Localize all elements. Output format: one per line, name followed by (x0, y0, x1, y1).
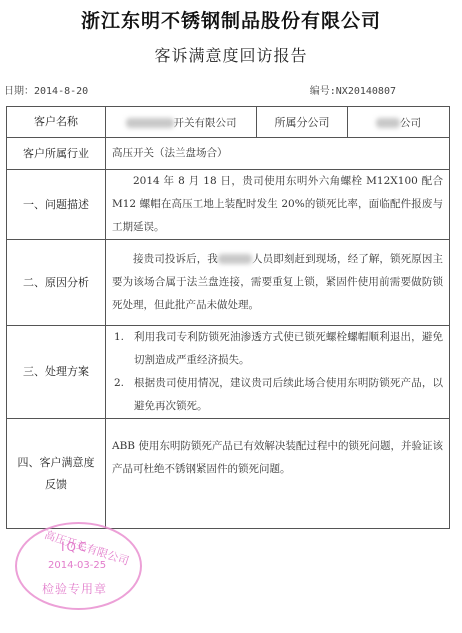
customer-row: 客户名称 开关有限公司 所属分公司 公司 (7, 107, 450, 138)
solution-row: 三、处理方案 1.利用我司专利防锁死油渗透方式使已锁死螺栓螺帽顺利退出，避免切割… (7, 326, 450, 419)
customer-name-value: 开关有限公司 (174, 117, 237, 129)
redacted-text (376, 118, 400, 128)
report-title: 客诉满意度回访报告 (0, 43, 462, 66)
problem-label: 一、问题描述 (7, 170, 106, 240)
solution-list: 1.利用我司专利防锁死油渗透方式使已锁死螺栓螺帽顺利退出，避免切割造成严重经济损… (112, 326, 443, 418)
industry-row: 客户所属行业 高压开关（法兰盘场合） (7, 138, 450, 170)
stamp-purpose: 检验专用章 (42, 580, 107, 597)
stamp-date: 2014-03-25 (48, 560, 106, 571)
solution-number: 2. (114, 372, 124, 395)
solution-number: 1. (114, 326, 124, 349)
company-name: 浙江东明不锈钢制品股份有限公司 (0, 6, 462, 33)
solution-item: 2.根据贵司使用情况，建议贵司后续此场合使用东明防锁死产品，以避免再次锁死。 (112, 372, 443, 418)
solution-label: 三、处理方案 (7, 326, 106, 419)
feedback-label: 四、客户满意度反馈 (7, 419, 106, 529)
industry-value: 高压开关（法兰盘场合） (106, 138, 450, 170)
industry-label: 客户所属行业 (7, 138, 106, 170)
stamp-code: IQC (61, 540, 88, 554)
solution-cell: 1.利用我司专利防锁死油渗透方式使已锁死螺栓螺帽顺利退出，避免切割造成严重经济损… (106, 326, 450, 419)
branch-value: 公司 (400, 117, 421, 129)
cause-label: 二、原因分析 (7, 240, 106, 326)
solution-text: 根据贵司使用情况，建议贵司后续此场合使用东明防锁死产品，以避免再次锁死。 (134, 377, 443, 412)
cause-cell: 接贵司投诉后，我人员即刻赶到现场，经了解，锁死原因主要为该场合属于法兰盘连接，需… (106, 240, 450, 326)
branch-label: 所属分公司 (257, 107, 348, 138)
inspection-stamp: 高压开关有限公司 IQC 2014-03-25 检验专用章 (15, 522, 142, 610)
report-date: 日期：2014-8-20 (4, 82, 88, 97)
problem-text: 2014 年 8 月 18 日，贵司使用东明外六角螺栓 M12X100 配合 M… (106, 170, 450, 240)
problem-row: 一、问题描述 2014 年 8 月 18 日，贵司使用东明外六角螺栓 M12X1… (7, 170, 450, 240)
branch-cell: 公司 (348, 107, 450, 138)
customer-name-cell: 开关有限公司 (106, 107, 257, 138)
report-serial: 编号:NX20140807 (310, 82, 396, 97)
solution-text: 利用我司专利防锁死油渗透方式使已锁死螺栓螺帽顺利退出，避免切割造成严重经济损失。 (134, 331, 443, 366)
feedback-row: 四、客户满意度反馈 ABB 使用东明防锁死产品已有效解决装配过程中的锁死问题，并… (7, 419, 450, 529)
solution-item: 1.利用我司专利防锁死油渗透方式使已锁死螺栓螺帽顺利退出，避免切割造成严重经济损… (112, 326, 443, 372)
customer-name-label: 客户名称 (7, 107, 106, 138)
redacted-text (126, 118, 174, 128)
redacted-text (218, 254, 252, 264)
report-table: 客户名称 开关有限公司 所属分公司 公司 客户所属行业 高压开关（法兰盘场合） … (6, 106, 450, 529)
cause-row: 二、原因分析 接贵司投诉后，我人员即刻赶到现场，经了解，锁死原因主要为该场合属于… (7, 240, 450, 326)
cause-text-prefix: 接贵司投诉后，我 (133, 253, 218, 265)
feedback-text: ABB 使用东明防锁死产品已有效解决装配过程中的锁死问题，并验证该产品可杜绝不锈… (106, 419, 450, 529)
